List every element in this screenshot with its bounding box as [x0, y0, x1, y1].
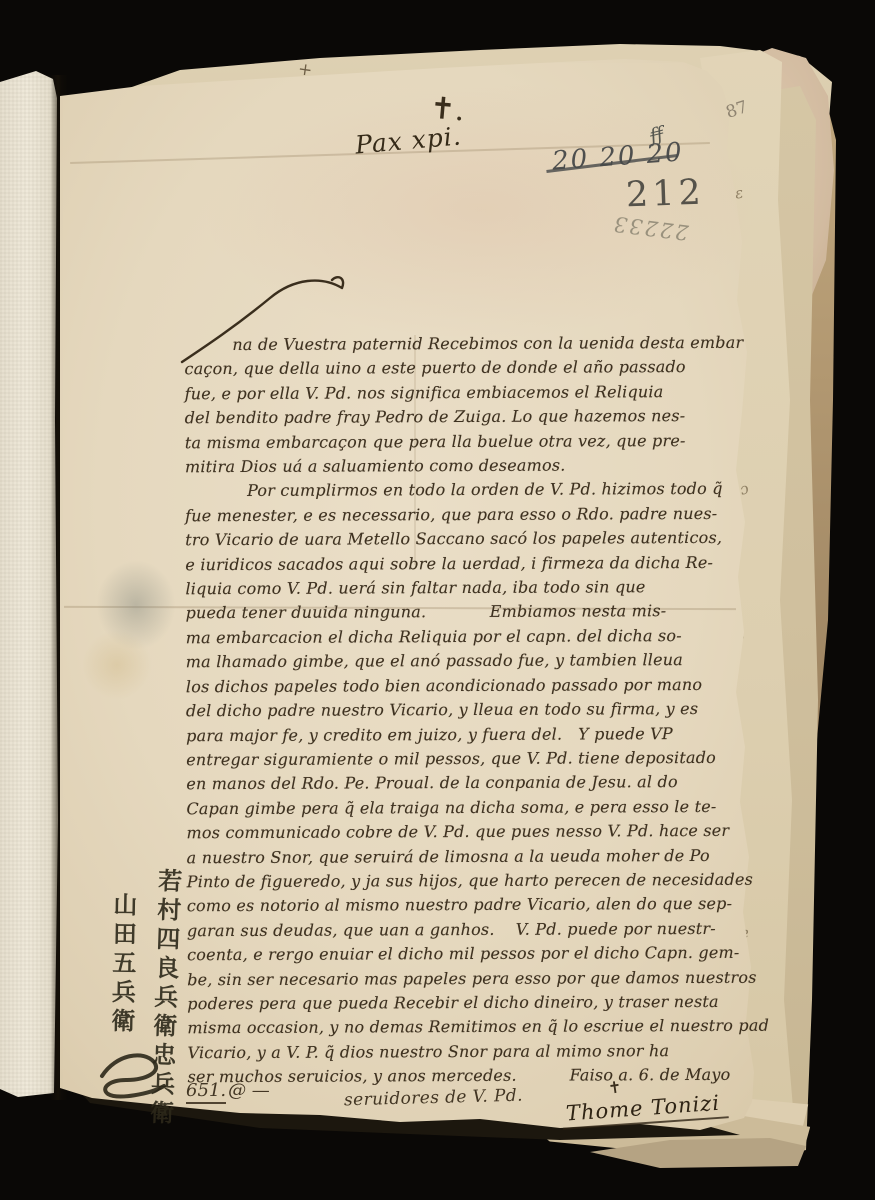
letter-line: pueda tener duuida ninguna. Embiamos nes…: [186, 599, 746, 626]
letter-line: mitira Dios uá a saluamiento como deseam…: [185, 453, 745, 480]
letter-line: e iuridicos sacados aqui sobre la uerdad…: [185, 550, 745, 577]
letter-line: fue, e por ella V. Pd. nos significa emb…: [185, 380, 745, 407]
letter-line: ma embarcacion el dicha Reliquia por el …: [186, 624, 746, 651]
letter-line: Capan gimbe pera q̃ ela traiga na dicha …: [186, 794, 746, 821]
letter-line: poderes pera que pueda Recebir el dicho …: [187, 990, 747, 1017]
age-stain: [82, 630, 152, 700]
letter-line: fue menester, e es necessario, que para …: [185, 502, 745, 529]
letter-line: na de Vuestra paternid Recebimos con la …: [184, 331, 744, 358]
letter-line: mos communicado cobre de V. Pd. que pues…: [186, 819, 746, 846]
letter-line: Vicario, y a V. P. q̃ dios nuestro Snor …: [187, 1039, 747, 1066]
letter-line: ma lhamado gimbe, que el anó passado fue…: [186, 648, 746, 675]
letter-line: liquia como V. Pd. uerá sin faltar nada,…: [185, 575, 745, 602]
letter-body: na de Vuestra paternid Recebimos con la …: [184, 331, 747, 1090]
letter-line: como es notorio al mismo nuestro padre V…: [187, 892, 747, 919]
letter-line: Por cumplirmos en todo la orden de V. Pd…: [185, 477, 745, 504]
letter-line: entregar siguramiente o mil pessos, que …: [186, 746, 746, 773]
year-numeral: 651.: [186, 1080, 226, 1104]
letter-line: para major fe, y credito em juizo, y fue…: [186, 721, 746, 748]
letter-line: caçon, que della uino a este puerto de d…: [184, 355, 744, 382]
letter-line: del bendito padre fray Pedro de Zuiga. L…: [185, 404, 745, 431]
signature-cross-icon: ✝: [607, 1077, 623, 1098]
small-cross-mark-icon: +: [297, 59, 314, 81]
letter-line: a nuestro Snor, que seruirá de limosna a…: [187, 843, 747, 870]
letter-line: tro Vicario de uara Metello Saccano sacó…: [185, 526, 745, 553]
letter-line: Pinto de figueredo, y ja sus hijos, que …: [187, 868, 747, 895]
letter-line: garan sus deudas, que uan a ganhos. V. P…: [187, 917, 747, 944]
letter-line: be, sin ser necesario mas papeles pera e…: [187, 965, 747, 992]
letter-line: misma occasion, y no demas Remitimos en …: [187, 1014, 747, 1041]
letter-line: ser muchos seruicios, y anos mercedes. F…: [188, 1063, 748, 1090]
footer-flourish: @ —: [228, 1080, 270, 1101]
letter-line: ta misma embarcaçon que pera lla buelue …: [185, 428, 745, 455]
letter-line: los dichos papeles todo bien acondiciona…: [186, 672, 746, 699]
letter-line: en manos del Rdo. Pe. Proual. de la conp…: [186, 770, 746, 797]
letter-footer: 651.@ — seruidores de V. Pd.: [186, 1080, 270, 1101]
kao-monogram-flourish: [92, 1036, 172, 1106]
folio-number: 212: [625, 173, 705, 216]
letter-line: coenta, e rergo enuiar el dicho mil pess…: [187, 941, 747, 968]
letter-line: del dicho padre nuestro Vicario, y lleua…: [186, 697, 746, 724]
